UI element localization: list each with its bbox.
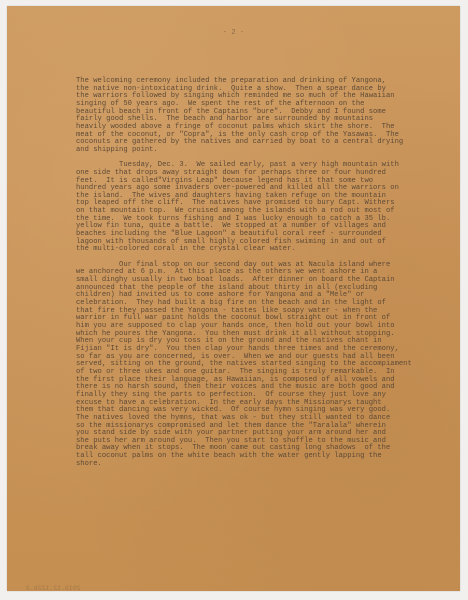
archive-stamp: 2019.12.1226.3 [26,585,81,592]
paragraph: The welcoming ceremony included the prep… [76,78,456,155]
text-line: tall coconut palms on the white beach wi… [76,453,456,461]
letter-body: The welcoming ceremony included the prep… [76,78,456,476]
text-line: the multi-colored coral in the crystal c… [76,246,456,254]
text-line: and shipping point. [76,147,456,155]
typewritten-page: - 2 - The welcoming ceremony included th… [7,6,460,591]
paragraph: Our final stop on our second day out was… [76,262,456,469]
text-line: shore. [76,461,456,469]
paragraph: Tuesday, Dec. 3. We sailed early, past a… [76,162,456,254]
page-number: - 2 - [7,29,460,37]
